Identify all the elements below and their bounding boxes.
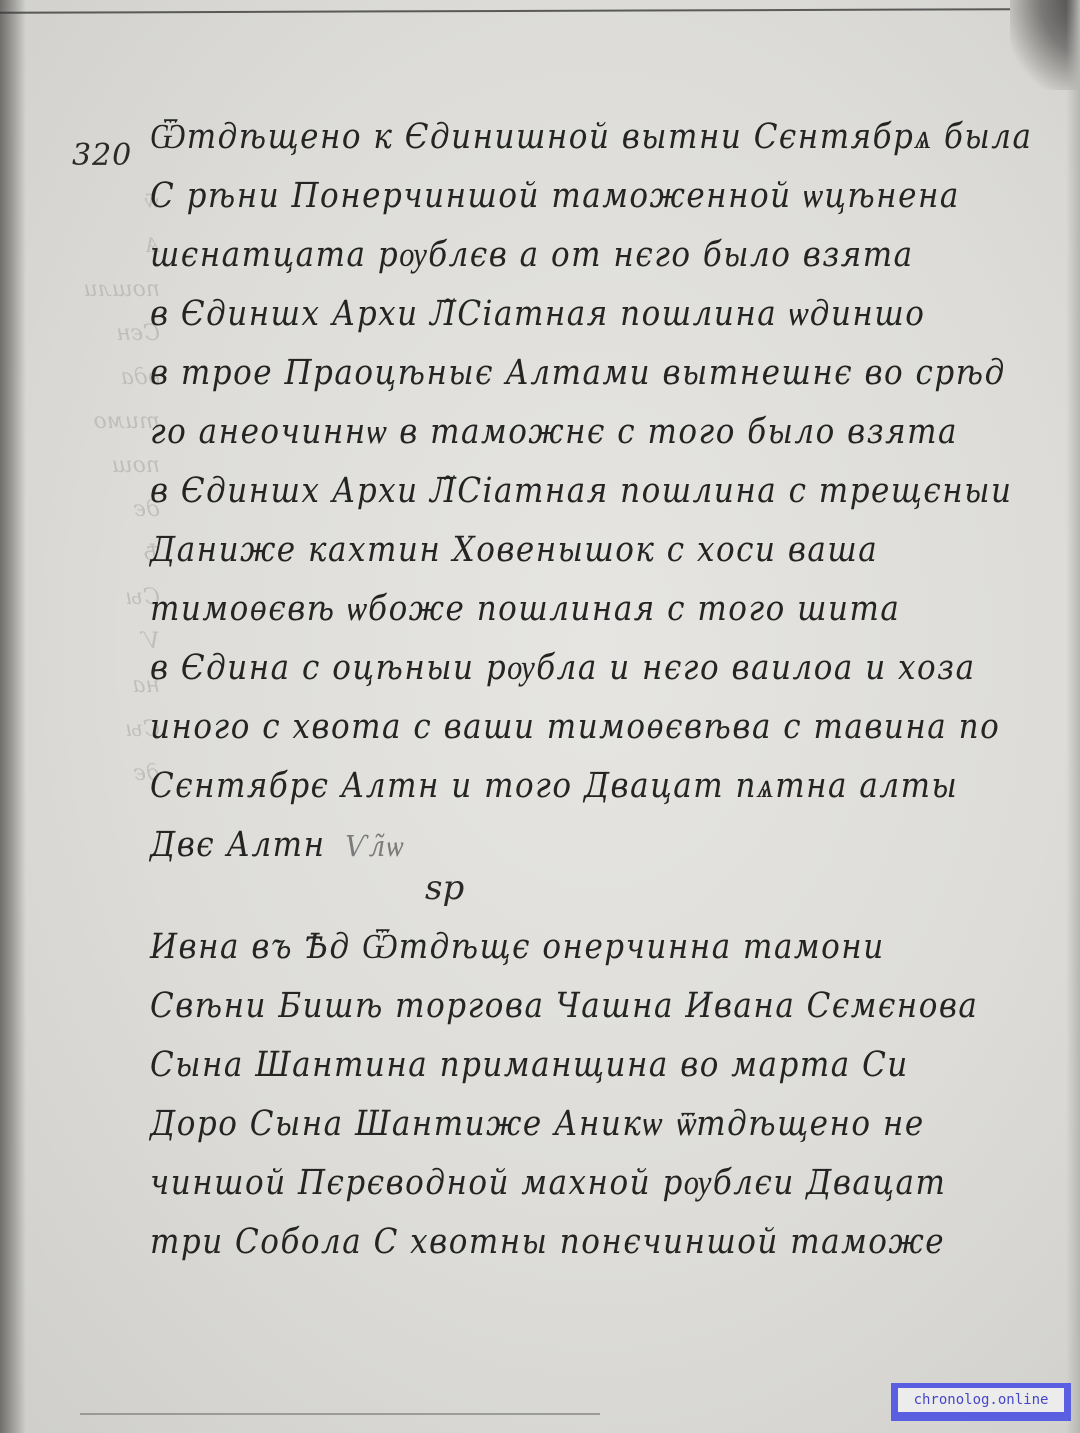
- manuscript-page: ѿ Ѧ пошли Сєн ѳда тимо пош дє Ѣ Сы Ѵ на …: [0, 0, 1080, 1433]
- text-line: Ѿтдѣщено к Єдинишной вытни Сєнтябрѧ была: [150, 116, 1030, 182]
- separator-mark: ѕр: [425, 868, 464, 908]
- text-line: в Єдиншх Архи Л̃Сiатная пошлина ѡдиншо: [150, 293, 1030, 359]
- text-line: Ивна въ Ѣд Ѿтдѣщє онерчинна тамони: [150, 926, 1030, 992]
- text-line: в Єдина с оцѣныи рѹбла и нєго ваилоа и х…: [150, 647, 1030, 713]
- watermark-text: chronolog.online: [898, 1388, 1064, 1412]
- bleed-through-text: ѿ Ѧ пошли Сєн ѳда тимо пош дє Ѣ Сы Ѵ на …: [30, 180, 160, 1280]
- text-line: тимоѳєвѣ ѡбоже пошлиная с того шита: [150, 588, 1030, 654]
- text-line: Даниже кахтин Ховенышок с хоси ваша: [150, 529, 1030, 595]
- text-line: го анеочиннѡ в таможнє с того было взята: [150, 411, 1030, 477]
- text-line: в трое Праоцѣныє Алтами вытнешнє во срѣд: [150, 352, 1030, 418]
- page-right-edge: [1066, 0, 1080, 1433]
- text-line: шєнатцата рѹблєв а от нєго было взята: [150, 234, 1030, 300]
- text-line: Сына Шантина приманщина во марта Си: [150, 1044, 1030, 1110]
- text-line: три Собола С хвотны понєчиншой таможе: [150, 1221, 1030, 1287]
- folio-number: 320: [72, 138, 132, 173]
- page-bottom-edge: [80, 1413, 600, 1415]
- text-line: инoго с хвота с ваши тимоѳєвѣва с тавина…: [150, 706, 1030, 772]
- text-line: в Єдиншх Архи Л̃Сiатная пошлина с трещєн…: [150, 470, 1030, 536]
- text-line: С рѣни Понерчиншой таможенной ѡцѣнена: [150, 175, 1030, 241]
- text-line: Доро Сына Шантиже Аникѡ ѿтдѣщено не: [150, 1103, 1030, 1169]
- text-line: Свѣни Бишѣ торгова Чашна Ивана Сємєнова: [150, 985, 1030, 1051]
- text-line-content: Двє Алтн: [150, 824, 326, 864]
- binding-shadow: [0, 0, 26, 1433]
- signature-mark: Ѵл̃ѡ: [345, 830, 405, 864]
- watermark-badge: chronolog.online: [891, 1383, 1071, 1421]
- page-top-edge: [0, 8, 1010, 14]
- text-line: Двє Алтн Ѵл̃ѡ: [150, 824, 1030, 890]
- entry-2: Ивна въ Ѣд Ѿтдѣщє онерчинна тамони Свѣни…: [150, 930, 1030, 1284]
- text-line: чиншой Пєрєводной махной рѹблєи Двацат: [150, 1162, 1030, 1228]
- text-line: Сєнтябрє Алтн и того Двацат пѧтна алты: [150, 765, 1030, 831]
- entry-1: Ѿтдѣщено к Єдинишной вытни Сєнтябрѧ была…: [150, 120, 1030, 887]
